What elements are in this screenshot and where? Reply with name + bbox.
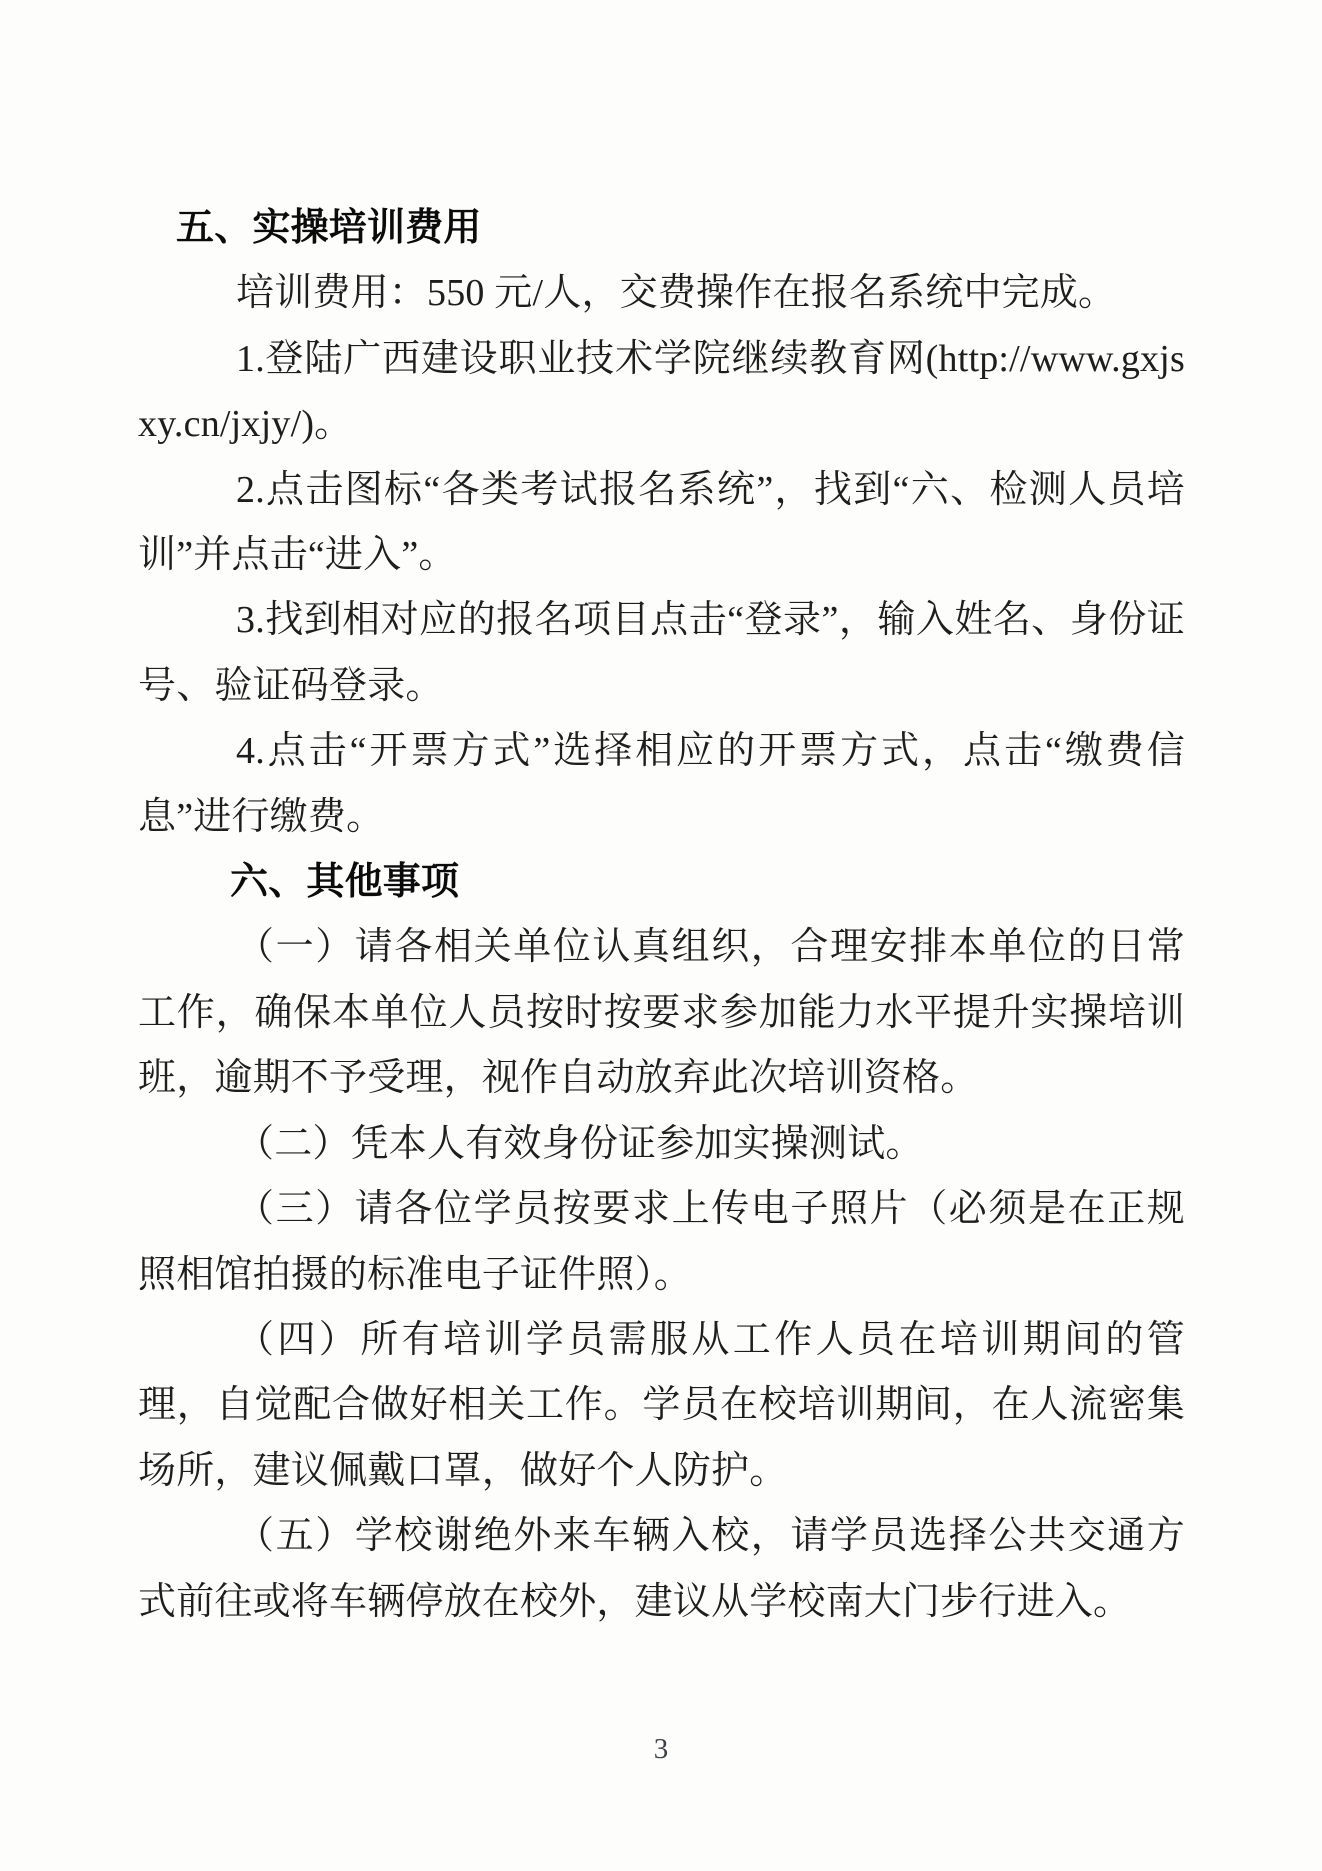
paragraph-item-5: （五）学校谢绝外来车辆入校，请学员选择公共交通方式前往或将车辆停放在校外，建议从…	[138, 1504, 1185, 1635]
paragraph-step-3: 3.找到相对应的报名项目点击“登录”，输入姓名、身份证号、验证码登录。	[138, 588, 1185, 719]
paragraph-item-3: （三）请各位学员按要求上传电子照片（必须是在正规照相馆拍摄的标准电子证件照）。	[138, 1177, 1185, 1308]
paragraph-item-2: （二）凭本人有效身份证参加实操测试。	[138, 1112, 1185, 1177]
paragraph-item-4: （四）所有培训学员需服从工作人员在培训期间的管理，自觉配合做好相关工作。学员在校…	[138, 1308, 1185, 1504]
paragraph-step-1: 1.登陆广西建设职业技术学院继续教育网(http://www.gxjsxy.cn…	[138, 327, 1185, 458]
section-heading-five: 五、实操培训费用	[138, 196, 1185, 261]
document-page: 五、实操培训费用 培训费用：550 元/人，交费操作在报名系统中完成。 1.登陆…	[0, 0, 1322, 1871]
section-heading-six: 六、其他事项	[138, 850, 1185, 915]
page-number: 3	[0, 1731, 1322, 1767]
paragraph-step-4: 4.点击“开票方式”选择相应的开票方式，点击“缴费信息”进行缴费。	[138, 719, 1185, 850]
paragraph-step-2: 2.点击图标“各类考试报名系统”，找到“六、检测人员培训”并点击“进入”。	[138, 458, 1185, 589]
paragraph-training-fee: 培训费用：550 元/人，交费操作在报名系统中完成。	[138, 261, 1185, 326]
paragraph-item-1: （一）请各相关单位认真组织，合理安排本单位的日常工作，确保本单位人员按时按要求参…	[138, 915, 1185, 1111]
